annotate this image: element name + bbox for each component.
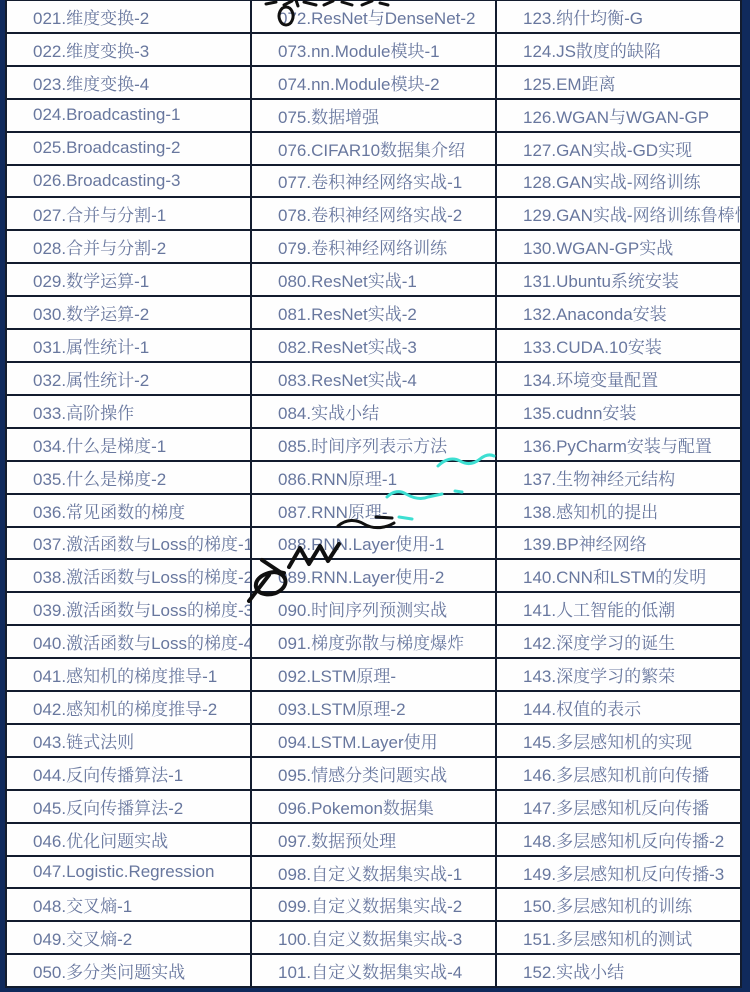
course-cell: 127.GAN实战-GD实现 bbox=[497, 133, 740, 164]
course-cell: 037.激活函数与Loss的梯度-1 bbox=[7, 528, 250, 559]
course-cell: 044.反向传播算法-1 bbox=[7, 758, 250, 789]
course-cell: 030.数学运算-2 bbox=[7, 297, 250, 328]
course-cell: 025.Broadcasting-2 bbox=[7, 133, 250, 164]
course-cell: 032.属性统计-2 bbox=[7, 363, 250, 394]
page: 021.维度变换-2022.维度变换-3023.维度变换-4024.Broadc… bbox=[0, 0, 750, 992]
course-cell: 140.CNN和LSTM的发明 bbox=[497, 560, 740, 591]
course-cell: 046.优化问题实战 bbox=[7, 824, 250, 855]
course-cell: 075.数据增强 bbox=[252, 100, 495, 131]
course-cell: 099.自定义数据集实战-2 bbox=[252, 889, 495, 920]
course-cell: 091.梯度弥散与梯度爆炸 bbox=[252, 626, 495, 657]
course-cell: 050.多分类问题实战 bbox=[7, 955, 250, 986]
course-cell: 139.BP神经网络 bbox=[497, 528, 740, 559]
course-column-1: 021.维度变换-2022.维度变换-3023.维度变换-4024.Broadc… bbox=[7, 1, 250, 986]
course-column-2: 072.ResNet与DenseNet-2073.nn.Module模块-107… bbox=[252, 1, 495, 986]
course-cell: 078.卷积神经网络实战-2 bbox=[252, 198, 495, 229]
course-cell: 125.EM距离 bbox=[497, 67, 740, 98]
course-cell: 022.维度变换-3 bbox=[7, 34, 250, 65]
course-cell: 049.交叉熵-2 bbox=[7, 922, 250, 953]
course-cell: 087.RNN原理- bbox=[252, 495, 495, 526]
course-cell: 143.深度学习的繁荣 bbox=[497, 659, 740, 690]
course-cell: 021.维度变换-2 bbox=[7, 1, 250, 32]
course-cell: 043.链式法则 bbox=[7, 725, 250, 756]
course-cell: 085.时间序列表示方法 bbox=[252, 429, 495, 460]
course-cell: 126.WGAN与WGAN-GP bbox=[497, 100, 740, 131]
course-cell: 124.JS散度的缺陷 bbox=[497, 34, 740, 65]
course-column-3: 123.纳什均衡-G124.JS散度的缺陷125.EM距离126.WGAN与WG… bbox=[497, 1, 740, 986]
course-cell: 093.LSTM原理-2 bbox=[252, 692, 495, 723]
course-cell: 146.多层感知机前向传播 bbox=[497, 758, 740, 789]
course-cell: 129.GAN实战-网络训练鲁棒性 bbox=[497, 198, 740, 229]
course-cell: 041.感知机的梯度推导-1 bbox=[7, 659, 250, 690]
course-cell: 147.多层感知机反向传播 bbox=[497, 791, 740, 822]
course-cell: 133.CUDA.10安装 bbox=[497, 330, 740, 361]
course-cell: 031.属性统计-1 bbox=[7, 330, 250, 361]
course-cell: 144.权值的表示 bbox=[497, 692, 740, 723]
course-cell: 039.激活函数与Loss的梯度-3 bbox=[7, 593, 250, 624]
course-cell: 137.生物神经元结构 bbox=[497, 462, 740, 493]
course-cell: 042.感知机的梯度推导-2 bbox=[7, 692, 250, 723]
course-cell: 134.环境变量配置 bbox=[497, 363, 740, 394]
course-cell: 148.多层感知机反向传播-2 bbox=[497, 824, 740, 855]
course-cell: 082.ResNet实战-3 bbox=[252, 330, 495, 361]
course-cell: 080.ResNet实战-1 bbox=[252, 264, 495, 295]
course-cell: 130.WGAN-GP实战 bbox=[497, 231, 740, 262]
course-cell: 088.RNN.Layer使用-1 bbox=[252, 528, 495, 559]
course-cell: 079.卷积神经网络训练 bbox=[252, 231, 495, 262]
course-cell: 034.什么是梯度-1 bbox=[7, 429, 250, 460]
course-cell: 045.反向传播算法-2 bbox=[7, 791, 250, 822]
course-cell: 026.Broadcasting-3 bbox=[7, 166, 250, 197]
course-cell: 023.维度变换-4 bbox=[7, 67, 250, 98]
course-cell: 033.高阶操作 bbox=[7, 396, 250, 427]
course-cell: 040.激活函数与Loss的梯度-4 bbox=[7, 626, 250, 657]
course-cell: 131.Ubuntu系统安装 bbox=[497, 264, 740, 295]
course-cell: 149.多层感知机反向传播-3 bbox=[497, 857, 740, 888]
course-cell: 138.感知机的提出 bbox=[497, 495, 740, 526]
course-cell: 136.PyCharm安装与配置 bbox=[497, 429, 740, 460]
course-cell: 038.激活函数与Loss的梯度-2 bbox=[7, 560, 250, 591]
course-cell: 100.自定义数据集实战-3 bbox=[252, 922, 495, 953]
course-cell: 076.CIFAR10数据集介绍 bbox=[252, 133, 495, 164]
course-cell: 128.GAN实战-网络训练 bbox=[497, 166, 740, 197]
course-table: 021.维度变换-2022.维度变换-3023.维度变换-4024.Broadc… bbox=[5, 0, 742, 988]
course-cell: 132.Anaconda安装 bbox=[497, 297, 740, 328]
course-cell: 089.RNN.Layer使用-2 bbox=[252, 560, 495, 591]
course-cell: 145.多层感知机的实现 bbox=[497, 725, 740, 756]
course-cell: 074.nn.Module模块-2 bbox=[252, 67, 495, 98]
course-cell: 028.合并与分割-2 bbox=[7, 231, 250, 262]
course-cell: 029.数学运算-1 bbox=[7, 264, 250, 295]
course-cell: 084.实战小结 bbox=[252, 396, 495, 427]
course-cell: 101.自定义数据集实战-4 bbox=[252, 955, 495, 986]
course-cell: 073.nn.Module模块-1 bbox=[252, 34, 495, 65]
course-cell: 152.实战小结 bbox=[497, 955, 740, 986]
course-cell: 135.cudnn安装 bbox=[497, 396, 740, 427]
course-cell: 150.多层感知机的训练 bbox=[497, 889, 740, 920]
course-cell: 142.深度学习的诞生 bbox=[497, 626, 740, 657]
course-cell: 024.Broadcasting-1 bbox=[7, 100, 250, 131]
course-cell: 072.ResNet与DenseNet-2 bbox=[252, 1, 495, 32]
course-cell: 048.交叉熵-1 bbox=[7, 889, 250, 920]
course-cell: 027.合并与分割-1 bbox=[7, 198, 250, 229]
course-cell: 095.情感分类问题实战 bbox=[252, 758, 495, 789]
course-cell: 097.数据预处理 bbox=[252, 824, 495, 855]
course-cell: 036.常见函数的梯度 bbox=[7, 495, 250, 526]
course-cell: 047.Logistic.Regression bbox=[7, 857, 250, 888]
course-cell: 083.ResNet实战-4 bbox=[252, 363, 495, 394]
course-cell: 151.多层感知机的测试 bbox=[497, 922, 740, 953]
course-cell: 141.人工智能的低潮 bbox=[497, 593, 740, 624]
course-cell: 081.ResNet实战-2 bbox=[252, 297, 495, 328]
course-cell: 086.RNN原理-1 bbox=[252, 462, 495, 493]
course-cell: 096.Pokemon数据集 bbox=[252, 791, 495, 822]
course-cell: 090.时间序列预测实战 bbox=[252, 593, 495, 624]
course-cell: 092.LSTM原理- bbox=[252, 659, 495, 690]
course-cell: 077.卷积神经网络实战-1 bbox=[252, 166, 495, 197]
course-cell: 098.自定义数据集实战-1 bbox=[252, 857, 495, 888]
course-cell: 094.LSTM.Layer使用 bbox=[252, 725, 495, 756]
course-cell: 035.什么是梯度-2 bbox=[7, 462, 250, 493]
course-cell: 123.纳什均衡-G bbox=[497, 1, 740, 32]
